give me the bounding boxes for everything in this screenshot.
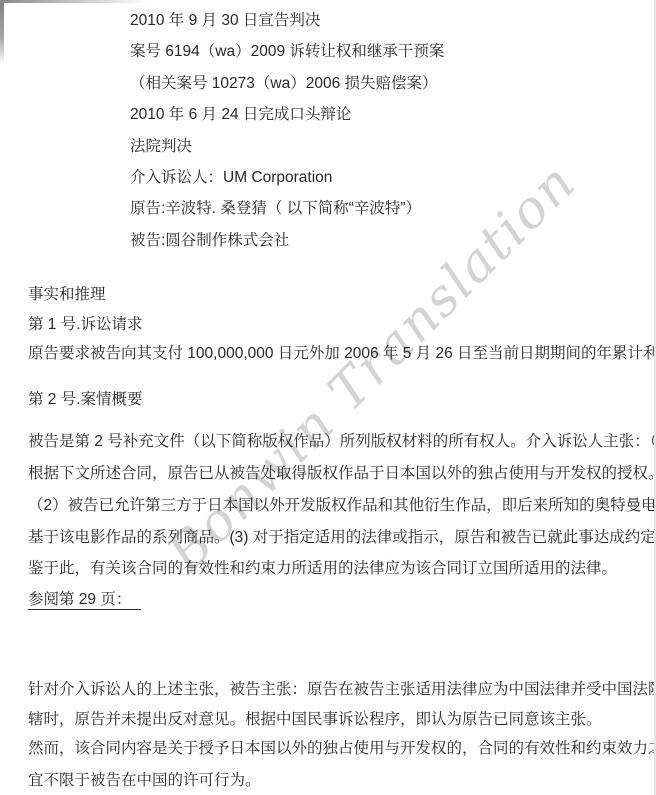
claim-text-line: 原告要求被告向其支付 100,000,000 日元外加 2006 年 5 月 2… xyxy=(28,345,656,363)
defendant-response-line: 针对介入诉讼人的上述主张，被告主张：原告在被告主张适用法律应为中国法律并受中国法… xyxy=(28,681,656,699)
document-page: Bonwin Translation 2010 年 9 月 30 日宣告判决 案… xyxy=(0,0,656,795)
page-reference-line: 参阅第 29 页： xyxy=(28,590,141,608)
summary-line: （2）被告已允许第三方于日本国以外开发版权作品和其他衍生作品，即后来所知的奥特曼… xyxy=(28,497,656,515)
case-number-line: 案号 6194（wa）2009 诉转让权和继承干预案 xyxy=(130,36,444,67)
judgment-header: 2010 年 9 月 30 日宣告判决 案号 6194（wa）2009 诉转让权… xyxy=(130,5,444,256)
oral-argument-date-line: 2010 年 6 月 24 日完成口头辩论 xyxy=(130,99,444,130)
case-summary-heading: 第 2 号.案情概要 xyxy=(28,391,143,409)
plaintiff-line: 原告:辛波特. 桑登猜（ 以下简称“辛波特”） xyxy=(130,193,444,224)
scan-edge-artifact-left xyxy=(0,0,4,64)
intervenor-line: 介入诉讼人：UM Corporation xyxy=(130,162,444,193)
summary-line: 被告是第 2 号补充文件（以下简称版权作品）所列版权材料的所有权人。介入诉讼人主… xyxy=(28,433,656,451)
defendant-response-line: 辖时，原告并未提出反对意见。根据中国民事诉讼程序，即认为原告已同意该主张。 xyxy=(28,711,602,729)
closing-line: 然而，该合同内容是关于授予日本国以外的独占使用与开发权的，合同的有效性和约束效力… xyxy=(28,740,656,758)
related-case-line: （相关案号 10273（wa）2006 损失赔偿案） xyxy=(130,68,444,99)
summary-line: 基于该电影作品的系列商品。(3) 对于指定适用的法律或指示，原告和被告已就此事达… xyxy=(28,529,656,547)
closing-line: 宜不限于被告在中国的许可行为。 xyxy=(28,772,261,790)
summary-line: 鉴于此，有关该合同的有效性和约束力所适用的法律应为该合同订立国所适用的法律。 xyxy=(28,560,617,578)
page-reference-text: 参阅第 29 页： xyxy=(28,590,141,610)
defendant-line: 被告:圆谷制作株式会社 xyxy=(130,225,444,256)
scan-edge-artifact-top xyxy=(0,0,150,3)
claim-no1-heading: 第 1 号.诉讼请求 xyxy=(28,316,143,334)
court-judgment-line: 法院判决 xyxy=(130,131,444,162)
summary-line: 根据下文所述合同，原告已从被告处取得版权作品于日本国以外的独占使用与开发权的授权… xyxy=(28,465,656,483)
judgment-date-line: 2010 年 9 月 30 日宣告判决 xyxy=(130,5,444,36)
facts-heading: 事实和推理 xyxy=(28,286,106,304)
